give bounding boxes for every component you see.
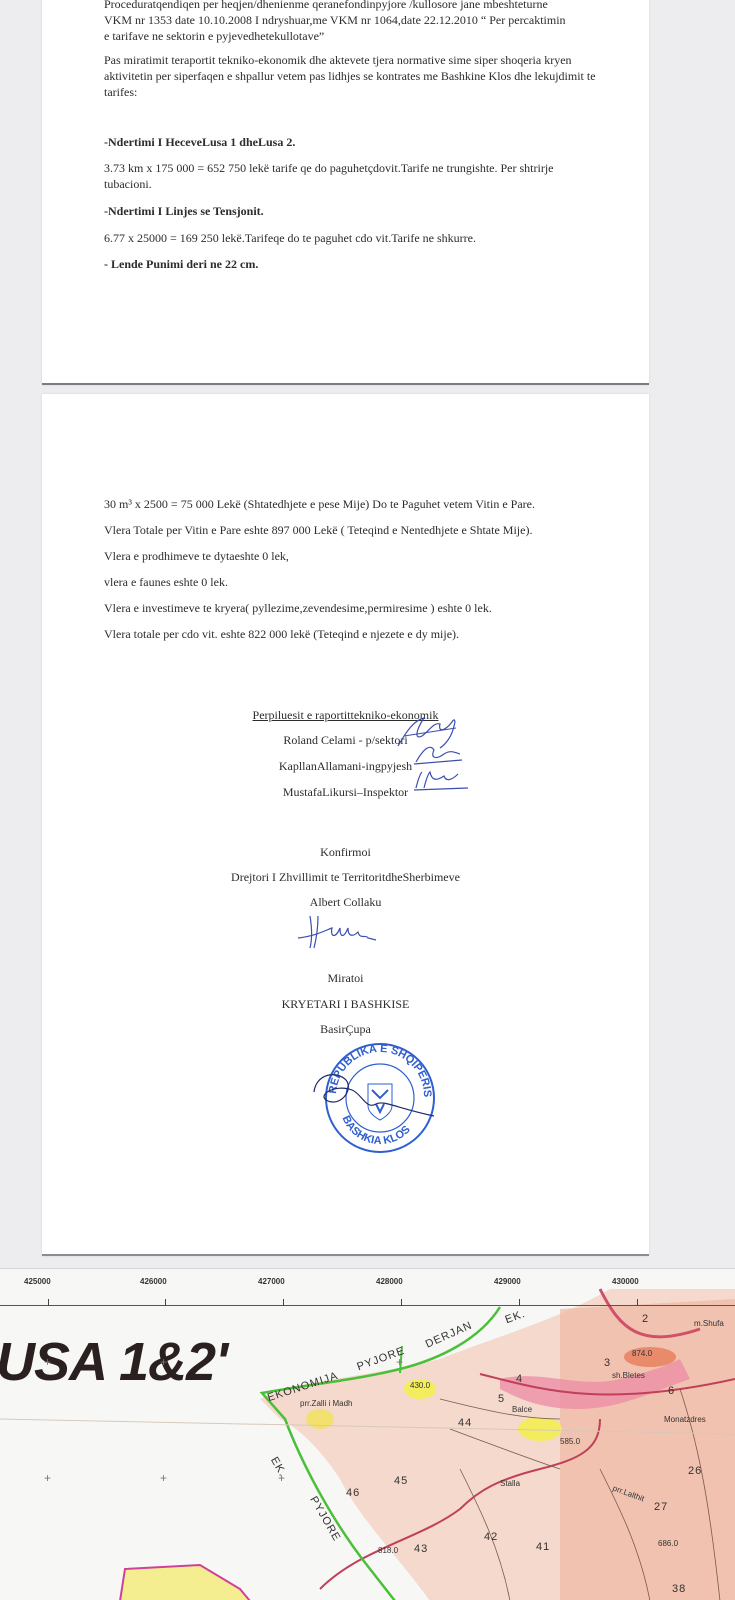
map-place-label: m.Shufa	[694, 1319, 724, 1328]
value-line: Vlera Totale per Vitin e Pare eshte 897 …	[104, 522, 604, 538]
intro-line: VKM nr 1353 date 10.10.2008 I ndryshuar,…	[104, 12, 604, 28]
linje-tariff-line: 6.77 x 25000 = 169 250 lekë.Tarifeqe do …	[104, 230, 604, 246]
approved-label: Miratoi	[42, 970, 649, 986]
intro-line: Proceduratqendiqen per heqjen/dhenienme …	[104, 0, 604, 12]
mayor-title: KRYETARI I BASHKISE	[42, 996, 649, 1012]
map-elevation: 430.0	[410, 1381, 430, 1390]
grid-cross: +	[44, 1471, 51, 1485]
hece-tariff-line: 3.73 km x 175 000 = 652 750 lekë tarife …	[104, 160, 604, 192]
value-line: Vlera totale per cdo vit. eshte 822 000 …	[104, 626, 604, 642]
parcel-number: 5	[498, 1393, 505, 1405]
forest-map: 425000 426000 427000 428000 429000 43000…	[0, 1268, 735, 1600]
parcel-number: 26	[688, 1465, 702, 1477]
preparer-name: MustafaLikursi–Inspektor	[42, 784, 649, 800]
grid-cross: +	[396, 1355, 403, 1369]
section-heading-linje: -Ndertimi I Linjes se Tensjonit.	[104, 203, 604, 219]
x-tick	[401, 1299, 402, 1306]
parcel-number: 46	[346, 1487, 360, 1499]
x-tick	[283, 1299, 284, 1306]
preparers-title: Perpiluesit e raportittekniko-ekonomik	[42, 707, 649, 723]
preparer-name: Roland Celami - p/sektori	[42, 732, 649, 748]
x-tick	[48, 1299, 49, 1306]
map-axis-line	[0, 1305, 735, 1306]
document-page-2: 30 m³ x 2500 = 75 000 Lekë (Shtatedhjete…	[42, 394, 649, 1256]
x-tick-label: 427000	[258, 1277, 285, 1286]
parcel-number: 45	[394, 1475, 408, 1487]
value-line: vlera e faunes eshte 0 lek.	[104, 574, 604, 590]
map-elevation: 874.0	[632, 1349, 652, 1358]
x-tick-label: 426000	[140, 1277, 167, 1286]
signature-icon	[412, 742, 464, 768]
preparer-name: KapllanAllamani-ingpyjesh	[42, 758, 649, 774]
parcel-number: 3	[604, 1357, 611, 1369]
value-line: 30 m³ x 2500 = 75 000 Lekë (Shtatedhjete…	[104, 496, 604, 512]
grid-cross: +	[160, 1355, 167, 1369]
parcel-number: 44	[458, 1417, 472, 1429]
x-tick	[519, 1299, 520, 1306]
parcel-number: 42	[484, 1531, 498, 1543]
signature-icon	[410, 768, 472, 794]
x-tick	[637, 1299, 638, 1306]
map-place-label: sh.Bletes	[612, 1371, 645, 1380]
director-name: Albert Collaku	[42, 894, 649, 910]
map-terrain	[0, 1269, 735, 1600]
x-tick-label: 429000	[494, 1277, 521, 1286]
map-elevation: 686.0	[658, 1539, 678, 1548]
official-stamp-icon: REPUBLIKA E SHQIPERISE BASHKIA KLOS	[306, 1034, 456, 1154]
map-place-label: Balce	[512, 1405, 532, 1414]
value-line: Vlera e investimeve te kryera( pyllezime…	[104, 600, 604, 616]
document-page-1: Proceduratqendiqen per heqjen/dhenienme …	[42, 0, 649, 385]
parcel-number: 4	[516, 1373, 523, 1385]
approval-paragraph: Pas miratimit teraportit tekniko-ekonomi…	[104, 52, 604, 100]
grid-cross: +	[278, 1471, 285, 1485]
parcel-number: 27	[654, 1501, 668, 1513]
value-line: Vlera e prodhimeve te dytaeshte 0 lek,	[104, 548, 604, 564]
map-place-label: Monatzdres	[664, 1415, 706, 1424]
x-tick-label: 430000	[612, 1277, 639, 1286]
x-tick-label: 425000	[24, 1277, 51, 1286]
parcel-number: 38	[672, 1583, 686, 1595]
map-place-label: Stalla	[500, 1479, 520, 1488]
confirmed-label: Konfirmoi	[42, 844, 649, 860]
map-title: USA 1&2'	[0, 1331, 227, 1393]
x-tick	[165, 1299, 166, 1306]
director-signature-icon	[296, 912, 386, 952]
parcel-number: 6	[668, 1385, 675, 1397]
grid-cross: +	[44, 1355, 51, 1369]
parcel-number: 41	[536, 1541, 550, 1553]
x-tick-label: 428000	[376, 1277, 403, 1286]
intro-line: e tarifave ne sektorin e pyjevedhetekull…	[104, 28, 604, 44]
map-elevation: 818.0	[378, 1546, 398, 1555]
parcel-number: 43	[414, 1543, 428, 1555]
parcel-number: 2	[642, 1313, 649, 1325]
section-heading-lende: - Lende Punimi deri ne 22 cm.	[104, 256, 604, 272]
map-elevation: 585.0	[560, 1437, 580, 1446]
map-place-label: prr.Zalli i Madh	[300, 1399, 352, 1408]
intro-paragraph: Proceduratqendiqen per heqjen/dhenienme …	[104, 0, 604, 44]
director-title: Drejtori I Zhvillimit te TerritoritdheSh…	[42, 869, 649, 885]
grid-cross: +	[160, 1471, 167, 1485]
section-heading-hece: -Ndertimi I HeceveLusa 1 dheLusa 2.	[104, 134, 604, 150]
